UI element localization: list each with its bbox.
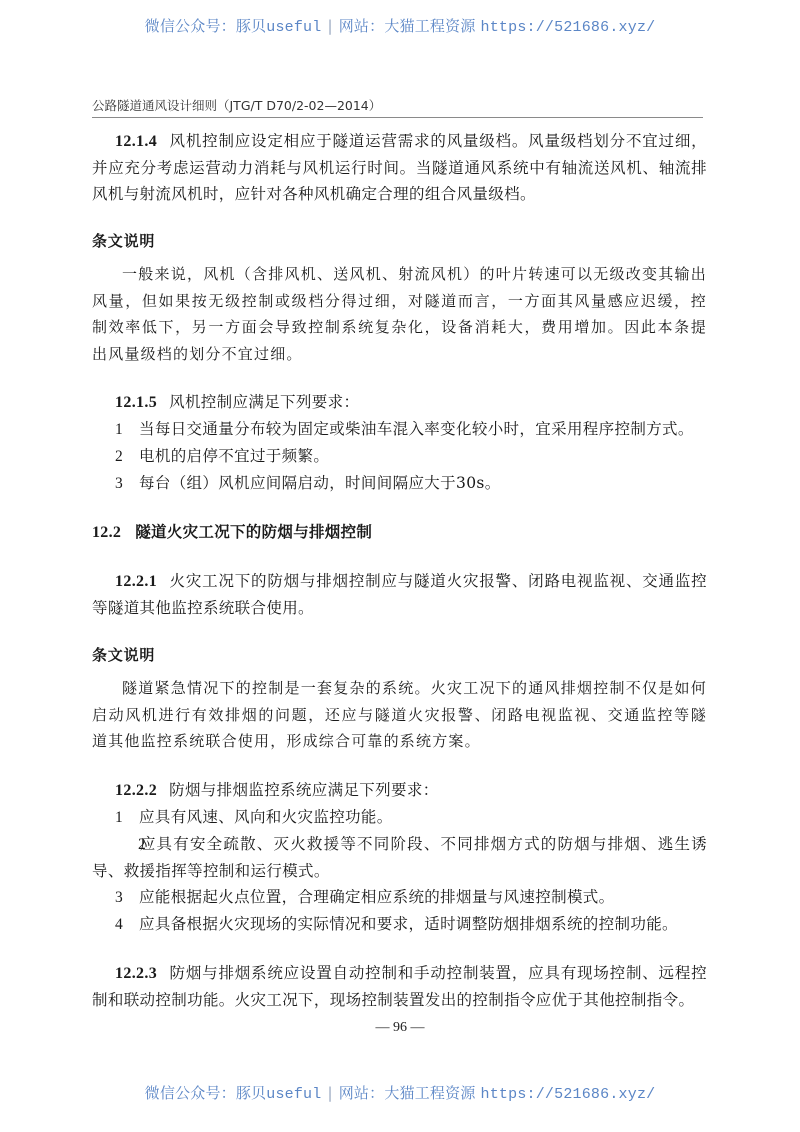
item-number: 2: [115, 444, 139, 470]
running-header-title: 公路隧道通风设计细则（JTG/T D70/2-02—2014）: [92, 96, 381, 114]
item-text: 应具备根据火灾现场的实际情况和要求，适时调整防烟排烟系统的控制功能。: [139, 915, 678, 933]
item-text: 电机的启停不宜过于频繁。: [139, 447, 329, 465]
clause-text: 风机控制应满足下列要求：: [169, 393, 359, 411]
watermark-bottom: 微信公众号：豚贝useful|网站：大猫工程资源 https://521686.…: [0, 1082, 800, 1103]
item-text: 当每日交通量分布较为固定或柴油车混入率变化较小时，宜采用程序控制方式。: [139, 420, 694, 438]
watermark-wechat-label: 微信公众号：豚贝: [145, 1084, 267, 1102]
clause-12-1-4: 12.1.4风机控制应设定相应于隧道运营需求的风量级档。风量级档划分不宜过细，并…: [92, 128, 707, 207]
watermark-site-url[interactable]: https://521686.xyz/: [481, 19, 656, 36]
clause-12-1-5: 12.1.5风机控制应满足下列要求：: [92, 389, 707, 416]
commentary-title: 条文说明: [92, 643, 707, 667]
list-item: 4应具备根据火灾现场的实际情况和要求，适时调整防烟排烟系统的控制功能。: [92, 911, 707, 938]
commentary-title: 条文说明: [92, 229, 707, 253]
section-title: 隧道火灾工况下的防烟与排烟控制: [135, 523, 372, 541]
clause-12-2-2: 12.2.2防烟与排烟监控系统应满足下列要求：: [92, 777, 707, 804]
item-number: 3: [115, 471, 139, 497]
list-item: 2应具有安全疏散、灭火救援等不同阶段、不同排烟方式的防烟与排烟、逃生诱导、救援指…: [92, 831, 707, 884]
page-number: — 96 —: [0, 1020, 800, 1036]
page-body: 12.1.4风机控制应设定相应于隧道运营需求的风量级档。风量级档划分不宜过细，并…: [92, 128, 707, 1013]
watermark-site-label: 网站：大猫工程资源: [339, 17, 476, 35]
clause-text: 防烟与排烟监控系统应满足下列要求：: [169, 781, 438, 799]
watermark-wechat-handle: useful: [266, 19, 321, 36]
item-number: 1: [115, 417, 139, 443]
item-number: 4: [115, 912, 139, 938]
item-number: 2: [115, 832, 139, 858]
watermark-wechat-label: 微信公众号：豚贝: [145, 17, 267, 35]
header-rule-divider: [92, 117, 703, 118]
watermark-site-label: 网站：大猫工程资源: [339, 1084, 476, 1102]
item-text: 应具有安全疏散、灭火救援等不同阶段、不同排烟方式的防烟与排烟、逃生诱导、救援指挥…: [92, 835, 707, 880]
clause-text: 防烟与排烟系统应设置自动控制和手动控制装置，应具有现场控制、远程控制和联动控制功…: [92, 964, 707, 1009]
list-item: 1应具有风速、风向和火灾监控功能。: [92, 804, 707, 831]
watermark-top: 微信公众号：豚贝useful|网站：大猫工程资源 https://521686.…: [0, 15, 800, 36]
item-text: 每台（组）风机应间隔启动，时间间隔应大于30s。: [139, 474, 501, 492]
list-item: 1当每日交通量分布较为固定或柴油车混入率变化较小时，宜采用程序控制方式。: [92, 416, 707, 443]
item-text: 应能根据起火点位置，合理确定相应系统的排烟量与风速控制模式。: [139, 888, 615, 906]
list-item: 2电机的启停不宜过于频繁。: [92, 443, 707, 470]
commentary-text: 一般来说，风机（含排风机、送风机、射流风机）的叶片转速可以无级改变其输出风量，但…: [92, 261, 707, 367]
clause-number: 12.1.4: [115, 133, 157, 150]
clause-text: 风机控制应设定相应于隧道运营需求的风量级档。风量级档划分不宜过细，并应充分考虑运…: [92, 132, 707, 203]
clause-12-2-1: 12.2.1火灾工况下的防烟与排烟控制应与隧道火灾报警、闭路电视监视、交通监控等…: [92, 568, 707, 621]
watermark-site-url[interactable]: https://521686.xyz/: [481, 1086, 656, 1103]
clause-number: 12.1.5: [115, 394, 157, 411]
clause-text: 火灾工况下的防烟与排烟控制应与隧道火灾报警、闭路电视监视、交通监控等隧道其他监控…: [92, 572, 707, 617]
clause-number: 12.2.3: [115, 965, 157, 982]
watermark-separator: |: [327, 1084, 332, 1102]
clause-12-2-3: 12.2.3防烟与排烟系统应设置自动控制和手动控制装置，应具有现场控制、远程控制…: [92, 960, 707, 1013]
item-text: 应具有风速、风向和火灾监控功能。: [139, 808, 393, 826]
clause-number: 12.2.2: [115, 782, 157, 799]
clause-number: 12.2.1: [115, 573, 157, 590]
commentary-text: 隧道紧急情况下的控制是一套复杂的系统。火灾工况下的通风排烟控制不仅是如何启动风机…: [92, 675, 707, 755]
item-number: 3: [115, 885, 139, 911]
list-item: 3应能根据起火点位置，合理确定相应系统的排烟量与风速控制模式。: [92, 884, 707, 911]
watermark-separator: |: [327, 17, 332, 35]
list-item: 3每台（组）风机应间隔启动，时间间隔应大于30s。: [92, 470, 707, 497]
watermark-wechat-handle: useful: [266, 1086, 321, 1103]
section-number: 12.2: [92, 524, 121, 541]
section-heading-12-2: 12.2隧道火灾工况下的防烟与排烟控制: [92, 519, 707, 546]
item-number: 1: [115, 805, 139, 831]
